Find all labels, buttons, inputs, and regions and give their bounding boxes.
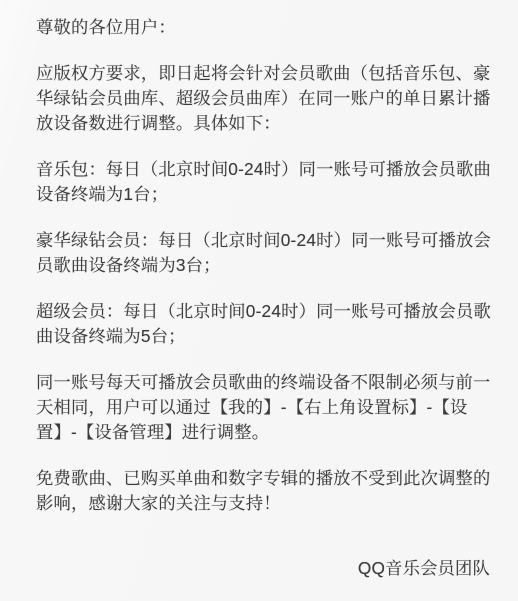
text-line: 华绿钻会员曲库、超级会员曲库）在同一账户的单日累计播 xyxy=(36,86,490,111)
text-line: 天相同，用户可以通过【我的】-【右上角设置标】-【设 xyxy=(36,395,490,420)
text-line: 设备终端为1台； xyxy=(36,182,490,207)
text-line: 员歌曲设备终端为3台； xyxy=(36,253,490,278)
text-line: 影响，感谢大家的关注与支持！ xyxy=(36,491,490,516)
text-line: 免费歌曲、已购买单曲和数字专辑的播放不受到此次调整的 xyxy=(36,466,490,491)
paragraph-super-vip-rule: 超级会员：每日（北京时间0-24时）同一账号可播放会员歌曲设备终端为5台； xyxy=(36,299,490,349)
text-line: 置】-【设备管理】进行调整。 xyxy=(36,420,490,445)
signature: QQ音乐会员团队 xyxy=(36,556,490,581)
text-line: 曲设备终端为5台； xyxy=(36,324,490,349)
text-line: 尊敬的各位用户： xyxy=(36,15,490,40)
paragraph-salutation: 尊敬的各位用户： xyxy=(36,15,490,40)
paragraph-device-management-note: 同一账号每天可播放会员歌曲的终端设备不限制必须与前一天相同，用户可以通过【我的】… xyxy=(36,370,490,445)
text-line: 豪华绿钻会员：每日（北京时间0-24时）同一账号可播放会 xyxy=(36,228,490,253)
text-line: 超级会员：每日（北京时间0-24时）同一账号可播放会员歌 xyxy=(36,299,490,324)
text-line: 音乐包：每日（北京时间0-24时）同一账号可播放会员歌曲 xyxy=(36,157,490,182)
text-line: 同一账号每天可播放会员歌曲的终端设备不限制必须与前一 xyxy=(36,370,490,395)
notice-body: 尊敬的各位用户：应版权方要求，即日起将会针对会员歌曲（包括音乐包、豪华绿钻会员曲… xyxy=(0,0,518,601)
paragraph-music-package-rule: 音乐包：每日（北京时间0-24时）同一账号可播放会员歌曲设备终端为1台； xyxy=(36,157,490,207)
paragraph-intro: 应版权方要求，即日起将会针对会员歌曲（包括音乐包、豪华绿钻会员曲库、超级会员曲库… xyxy=(36,61,490,136)
paragraphs-container: 尊敬的各位用户：应版权方要求，即日起将会针对会员歌曲（包括音乐包、豪华绿钻会员曲… xyxy=(36,15,490,516)
text-line: 放设备数进行调整。具体如下： xyxy=(36,111,490,136)
paragraph-exemption-note: 免费歌曲、已购买单曲和数字专辑的播放不受到此次调整的影响，感谢大家的关注与支持！ xyxy=(36,466,490,516)
paragraph-luxury-green-diamond-rule: 豪华绿钻会员：每日（北京时间0-24时）同一账号可播放会员歌曲设备终端为3台； xyxy=(36,228,490,278)
text-line: 应版权方要求，即日起将会针对会员歌曲（包括音乐包、豪 xyxy=(36,61,490,86)
